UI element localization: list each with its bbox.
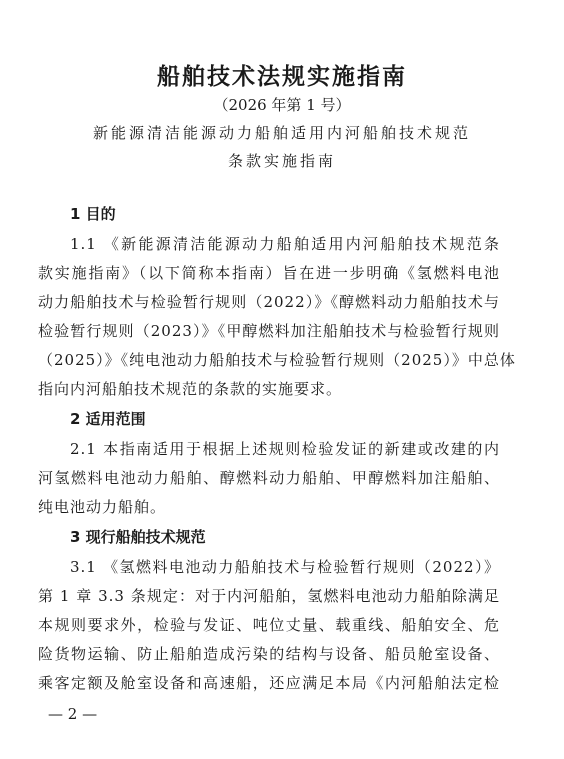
body-line: 款实施指南》（以下简称本指南）旨在进一步明确《氢燃料电池: [38, 262, 500, 283]
issue-number: （2026 年第 1 号）: [0, 94, 564, 115]
body-line: 河氢燃料电池动力船舶、醇燃料动力船舶、甲醇燃料加注船舶、: [38, 467, 500, 488]
body-line: （2025）》《纯电池动力船舶技术与检验暂行规则（2025）》中总体: [38, 349, 500, 370]
document-subtitle-line2: 条款实施指南: [0, 150, 564, 171]
section-heading-current-rules: 3 现行船舶技术规范: [70, 526, 206, 547]
body-line: 指向内河船舶技术规范的条款的实施要求。: [38, 378, 500, 399]
body-line: 纯电池动力船舶。: [38, 496, 500, 517]
document-title: 船舶技术法规实施指南: [0, 58, 564, 91]
section-heading-scope: 2 适用范围: [70, 408, 146, 429]
body-line: 动力船舶技术与检验暂行规则（2022）》《醇燃料动力船舶技术与: [38, 291, 500, 312]
body-line: 2.1 本指南适用于根据上述规则检验发证的新建或改建的内: [70, 438, 500, 459]
section-heading-purpose: 1 目的: [70, 203, 116, 224]
body-line: 检验暂行规则（2023）》《甲醇燃料加注船舶技术与检验暂行规则: [38, 320, 500, 341]
body-line: 第 1 章 3.3 条规定：对于内河船舶，氢燃料电池动力船舶除满足: [38, 585, 500, 606]
body-line: 3.1 《氢燃料电池动力船舶技术与检验暂行规则（2022）》: [70, 556, 500, 577]
body-line: 乘客定额及舱室设备和高速船，还应满足本局《内河船舶法定检: [38, 672, 500, 693]
document-subtitle-line1: 新能源清洁能源动力船舶适用内河船舶技术规范: [0, 122, 564, 143]
body-line: 1.1 《新能源清洁能源动力船舶适用内河船舶技术规范条: [70, 233, 500, 254]
page-number: — 2 —: [48, 705, 97, 723]
body-line: 本规则要求外，检验与发证、吨位丈量、载重线、船舶安全、危: [38, 614, 500, 635]
body-line: 险货物运输、防止船舶造成污染的结构与设备、船员舱室设备、: [38, 643, 500, 664]
